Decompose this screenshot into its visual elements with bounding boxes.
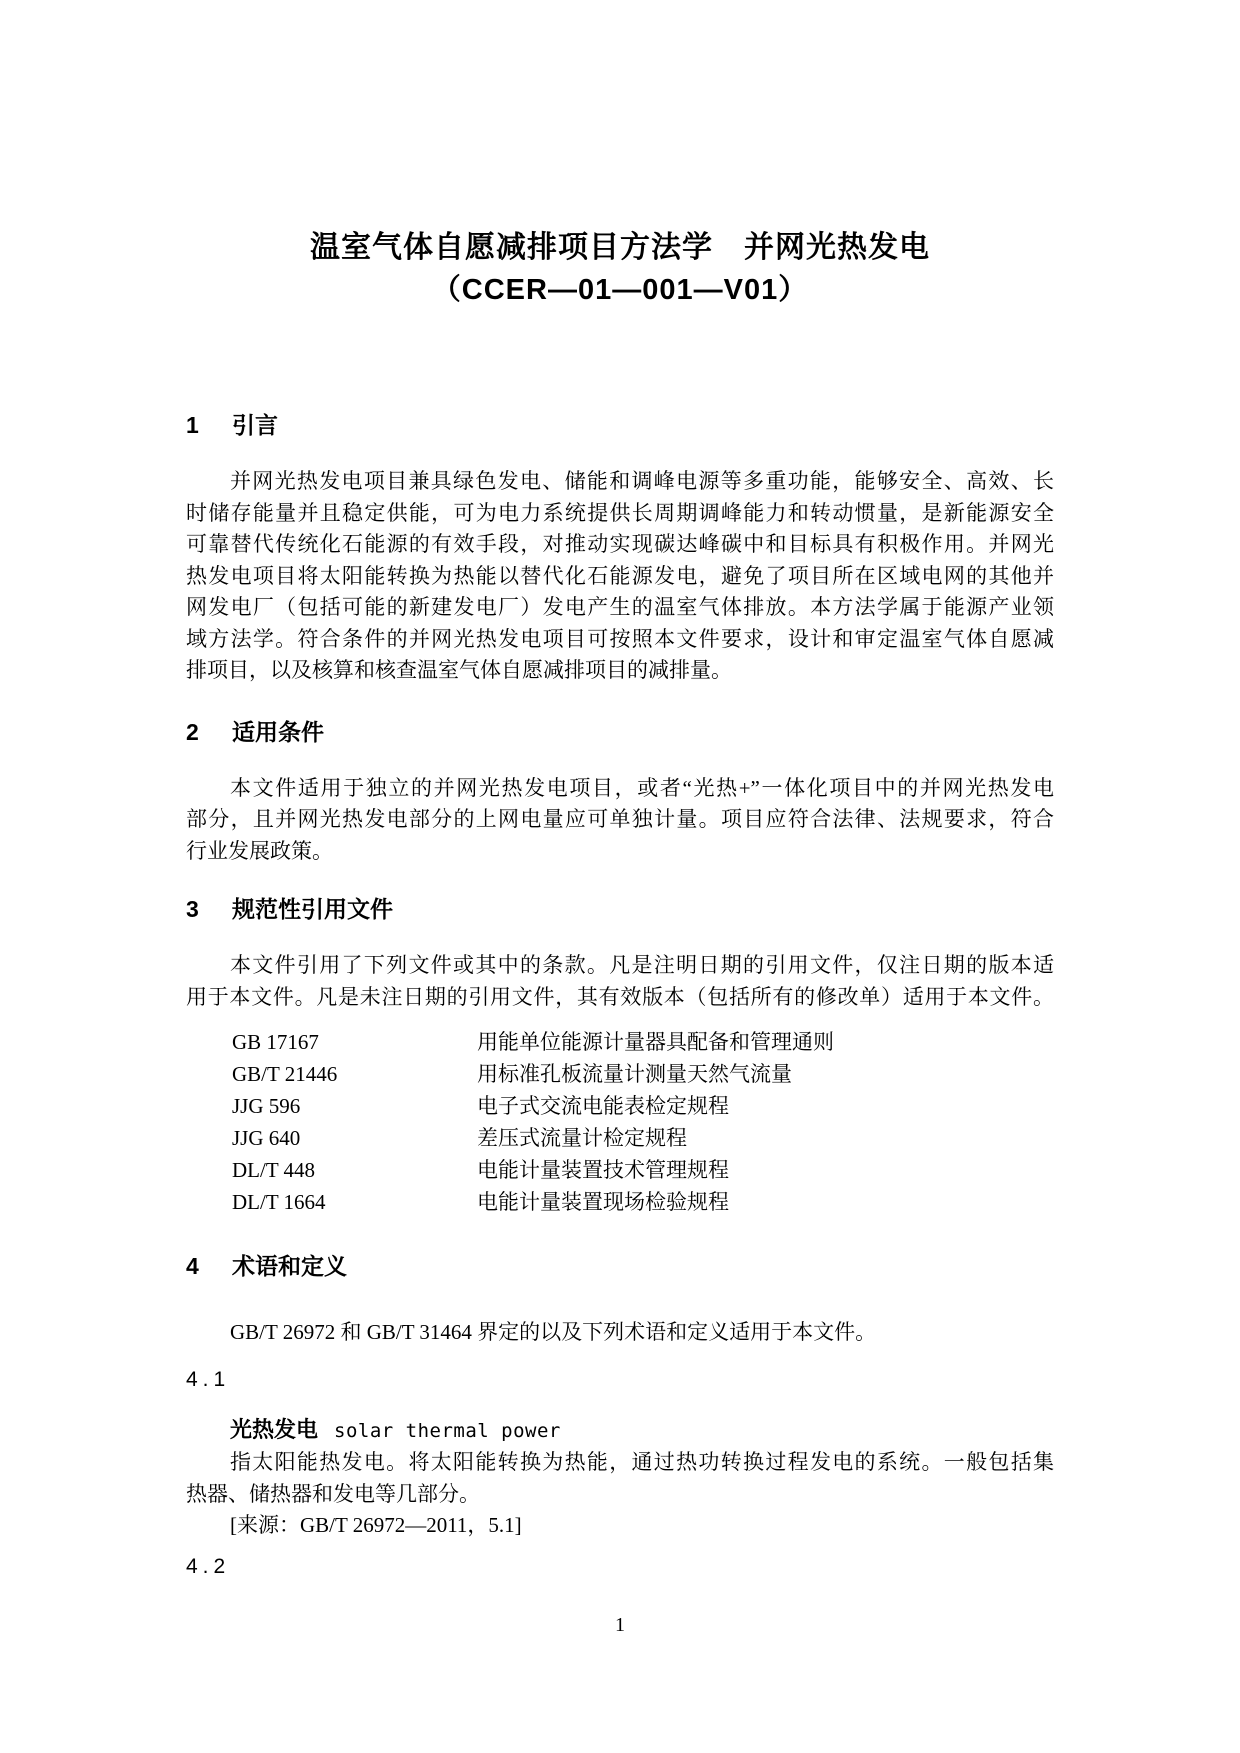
- reference-row: GB/T 21446 用标准孔板流量计测量天然气流量: [186, 1058, 1054, 1090]
- reference-title: 电能计量装置现场检验规程: [477, 1186, 1054, 1218]
- document-code: （CCER—01—001—V01）: [186, 270, 1054, 310]
- section-1-paragraph: 并网光热发电项目兼具绿色发电、储能和调峰电源等多重功能，能够安全、高效、长 时储…: [186, 466, 1054, 687]
- paragraph-line: 本文件引用了下列文件或其中的条款。凡是注明日期的引用文件，仅注日期的版本适: [186, 950, 1054, 982]
- paragraph-line: 域方法学。符合条件的并网光热发电项目可按照本文件要求，设计和审定温室气体自愿减: [186, 624, 1054, 656]
- section-heading-2: 2适用条件: [186, 717, 1054, 747]
- term-definition-body: 指太阳能热发电。将太阳能转换为热能，通过热功转换过程发电的系统。一般包括集 热器…: [186, 1447, 1054, 1510]
- section-title: 引言: [232, 412, 278, 438]
- paragraph-line: 并网光热发电项目兼具绿色发电、储能和调峰电源等多重功能，能够安全、高效、长: [186, 466, 1054, 498]
- reference-code: JJG 596: [232, 1090, 477, 1122]
- paragraph-line: 可靠替代传统化石能源的有效手段，对推动实现碳达峰碳中和目标具有积极作用。并网光: [186, 529, 1054, 561]
- section-number: 4: [186, 1251, 232, 1281]
- paragraph-line: 本文件适用于独立的并网光热发电项目，或者“光热+”一体化项目中的并网光热发电: [186, 773, 1054, 805]
- reference-title: 用能单位能源计量器具配备和管理通则: [477, 1026, 1054, 1058]
- term-chinese: 光热发电: [230, 1417, 318, 1442]
- reference-row: JJG 596 电子式交流电能表检定规程: [186, 1090, 1054, 1122]
- section-4-paragraph: GB/T 26972 和 GB/T 31464 界定的以及下列术语和定义适用于本…: [186, 1317, 1054, 1349]
- reference-title: 电能计量装置技术管理规程: [477, 1154, 1054, 1186]
- section-3-paragraph: 本文件引用了下列文件或其中的条款。凡是注明日期的引用文件，仅注日期的版本适 用于…: [186, 950, 1054, 1013]
- section-number: 1: [186, 410, 232, 440]
- section-2-paragraph: 本文件适用于独立的并网光热发电项目，或者“光热+”一体化项目中的并网光热发电 部…: [186, 773, 1054, 868]
- section-heading-4: 4术语和定义: [186, 1251, 1054, 1281]
- term-definition-header: 光热发电solar thermal power: [186, 1414, 1054, 1448]
- definition-line: 指太阳能热发电。将太阳能转换为热能，通过热功转换过程发电的系统。一般包括集: [186, 1447, 1054, 1479]
- paragraph-line: GB/T 26972 和 GB/T 31464 界定的以及下列术语和定义适用于本…: [186, 1317, 1054, 1349]
- document-title: 温室气体自愿减排项目方法学 并网光热发电: [186, 228, 1054, 268]
- reference-code: GB/T 21446: [232, 1058, 477, 1090]
- paragraph-line: 用于本文件。凡是未注日期的引用文件，其有效版本（包括所有的修改单）适用于本文件。: [186, 982, 1054, 1014]
- reference-code: DL/T 1664: [232, 1186, 477, 1218]
- term-source-reference: [来源：GB/T 26972—2011，5.1]: [186, 1510, 1054, 1542]
- paragraph-line: 时储存能量并且稳定供能，可为电力系统提供长周期调峰能力和转动惯量，是新能源安全: [186, 498, 1054, 530]
- section-heading-1: 1引言: [186, 410, 1054, 440]
- section-title: 规范性引用文件: [232, 896, 393, 922]
- reference-code: GB 17167: [232, 1026, 477, 1058]
- section-number: 2: [186, 717, 232, 747]
- section-heading-3: 3规范性引用文件: [186, 894, 1054, 924]
- section-number: 3: [186, 894, 232, 924]
- paragraph-line: 排项目，以及核算和核查温室气体自愿减排项目的减排量。: [186, 655, 1054, 687]
- reference-code: DL/T 448: [232, 1154, 477, 1186]
- reference-title: 差压式流量计检定规程: [477, 1122, 1054, 1154]
- paragraph-line: 部分，且并网光热发电部分的上网电量应可单独计量。项目应符合法律、法规要求，符合: [186, 804, 1054, 836]
- reference-code: JJG 640: [232, 1122, 477, 1154]
- definition-line: 热器、储热器和发电等几部分。: [186, 1479, 1054, 1511]
- clause-number-4-1: 4.1: [186, 1365, 1054, 1395]
- term-english: solar thermal power: [334, 1420, 561, 1442]
- paragraph-line: 热发电项目将太阳能转换为热能以替代化石能源发电，避免了项目所在区域电网的其他并: [186, 561, 1054, 593]
- normative-references-list: GB 17167 用能单位能源计量器具配备和管理通则 GB/T 21446 用标…: [186, 1026, 1054, 1218]
- reference-row: DL/T 448 电能计量装置技术管理规程: [186, 1154, 1054, 1186]
- reference-row: DL/T 1664 电能计量装置现场检验规程: [186, 1186, 1054, 1218]
- document-page: 温室气体自愿减排项目方法学 并网光热发电 （CCER—01—001—V01） 1…: [0, 0, 1240, 1753]
- paragraph-line: 行业发展政策。: [186, 836, 1054, 868]
- reference-row: GB 17167 用能单位能源计量器具配备和管理通则: [186, 1026, 1054, 1058]
- reference-row: JJG 640 差压式流量计检定规程: [186, 1122, 1054, 1154]
- section-title: 适用条件: [232, 719, 324, 745]
- reference-title: 用标准孔板流量计测量天然气流量: [477, 1058, 1054, 1090]
- reference-title: 电子式交流电能表检定规程: [477, 1090, 1054, 1122]
- paragraph-line: 网发电厂（包括可能的新建发电厂）发电产生的温室气体排放。本方法学属于能源产业领: [186, 592, 1054, 624]
- page-number: 1: [186, 1610, 1054, 1640]
- section-title: 术语和定义: [232, 1253, 347, 1279]
- clause-number-4-2: 4.2: [186, 1552, 1054, 1582]
